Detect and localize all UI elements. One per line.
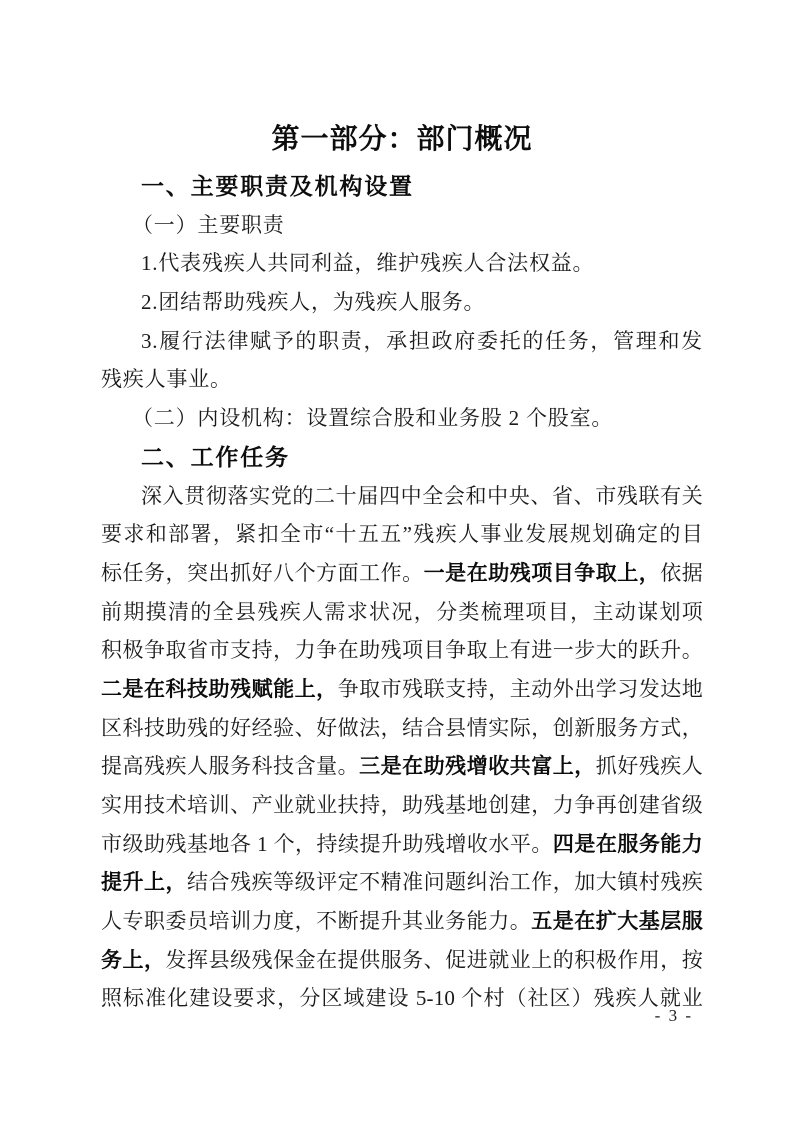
- text-segment: 标任务，突出抓好八个方面工作。: [101, 561, 424, 585]
- text-line: 前期摸清的全县残疾人需求状况，分类梳理项目，主动谋划项目，: [101, 593, 703, 632]
- bold-phrase: 二是在科技助残赋能上，: [101, 677, 338, 701]
- text-line: 要求和部署，紧扣全市“十五五”残疾人事业发展规划确定的目: [101, 515, 703, 554]
- text-line: 务上，发挥县级残保金在提供服务、促进就业上的积极作用，按: [101, 941, 703, 980]
- text-line: （一）主要职责: [101, 206, 703, 245]
- bold-phrase: 五是在扩大基层服: [531, 909, 703, 933]
- text-segment: 实用技术培训、产业就业扶持，助残基地创建，力争再创建省级: [101, 793, 703, 817]
- document-page: 第一部分：部门概况 一、主要职责及机构设置（一）主要职责1.代表残疾人共同利益，…: [0, 0, 793, 1122]
- text-segment: 2.团结帮助残疾人，为残疾人服务。: [141, 290, 485, 314]
- text-segment: 1.代表残疾人共同利益，维护残疾人合法权益。: [141, 251, 594, 275]
- text-line: 标任务，突出抓好八个方面工作。一是在助残项目争取上，依据: [101, 554, 703, 593]
- text-segment: 深入贯彻落实党的二十届四中全会和中央、省、市残联有关: [141, 484, 703, 508]
- text-line: 二、工作任务: [101, 438, 703, 477]
- text-segment: 依据: [660, 561, 703, 585]
- text-line: 提高残疾人服务科技含量。三是在助残增收共富上，抓好残疾人: [101, 747, 703, 786]
- text-line: 照标准化建设要求，分区域建设 5-10 个村（社区）残疾人就业: [101, 979, 703, 1018]
- text-line: 市级助残基地各 1 个，持续提升助残增收水平。四是在服务能力: [101, 825, 703, 864]
- text-line: 残疾人事业。: [101, 360, 703, 399]
- text-line: 二是在科技助残赋能上，争取市残联支持，主动外出学习发达地: [101, 670, 703, 709]
- text-line: 3.履行法律赋予的职责，承担政府委托的任务，管理和发展: [101, 322, 703, 361]
- page-title: 第一部分：部门概况: [101, 118, 703, 167]
- bold-phrase: 二、工作任务: [141, 444, 290, 470]
- text-segment: 区科技助残的好经验、好做法，结合县情实际，创新服务方式，: [101, 716, 703, 740]
- text-segment: 结合残疾等级评定不精准问题纠治工作，加大镇村残疾: [187, 870, 703, 894]
- text-segment: 积极争取省市支持，力争在助残项目争取上有进一步大的跃升。: [101, 638, 703, 662]
- text-segment: 要求和部署，紧扣全市“十五五”残疾人事业发展规划确定的目: [101, 522, 703, 546]
- text-segment: 3.履行法律赋予的职责，承担政府委托的任务，管理和发展: [141, 329, 703, 361]
- text-segment: 照标准化建设要求，分区域建设 5-10 个村（社区）残疾人就业: [101, 986, 703, 1010]
- document-lines: 一、主要职责及机构设置（一）主要职责1.代表残疾人共同利益，维护残疾人合法权益。…: [101, 167, 703, 1018]
- text-line: 深入贯彻落实党的二十届四中全会和中央、省、市残联有关: [101, 477, 703, 516]
- bold-phrase: 一、主要职责及机构设置: [141, 173, 414, 199]
- text-segment: （二）内设机构：设置综合股和业务股 2 个股室。: [132, 406, 613, 430]
- bold-phrase: 一是在助残项目争取上，: [424, 561, 661, 585]
- text-segment: 发挥县级残保金在提供服务、促进就业上的积极作用，按: [166, 948, 703, 972]
- text-segment: 残疾人事业。: [101, 367, 232, 391]
- text-line: 实用技术培训、产业就业扶持，助残基地创建，力争再创建省级: [101, 786, 703, 825]
- text-line: 区科技助残的好经验、好做法，结合县情实际，创新服务方式，: [101, 709, 703, 748]
- document-content: 第一部分：部门概况 一、主要职责及机构设置（一）主要职责1.代表残疾人共同利益，…: [101, 118, 703, 1018]
- bold-phrase: 三是在助残增收共富上，: [359, 754, 596, 778]
- text-line: 一、主要职责及机构设置: [101, 167, 703, 206]
- text-segment: （一）主要职责: [132, 213, 285, 237]
- text-segment: 人专职委员培训力度，不断提升其业务能力。: [101, 909, 531, 933]
- bold-phrase: 务上，: [101, 948, 166, 972]
- text-line: 1.代表残疾人共同利益，维护残疾人合法权益。: [101, 244, 703, 283]
- text-segment: 前期摸清的全县残疾人需求状况，分类梳理项目，主动谋划项目，: [101, 600, 703, 632]
- text-segment: 抓好残疾人: [596, 754, 703, 778]
- text-line: 人专职委员培训力度，不断提升其业务能力。五是在扩大基层服: [101, 902, 703, 941]
- page-number: - 3 -: [655, 1006, 693, 1026]
- bold-phrase: 四是在服务能力: [553, 832, 703, 856]
- text-line: 积极争取省市支持，力争在助残项目争取上有进一步大的跃升。: [101, 631, 703, 670]
- text-line: 2.团结帮助残疾人，为残疾人服务。: [101, 283, 703, 322]
- text-segment: 市级助残基地各 1 个，持续提升助残增收水平。: [101, 832, 553, 856]
- text-line: 提升上，结合残疾等级评定不精准问题纠治工作，加大镇村残疾: [101, 863, 703, 902]
- text-segment: 争取市残联支持，主动外出学习发达地: [338, 677, 703, 701]
- text-line: （二）内设机构：设置综合股和业务股 2 个股室。: [101, 399, 703, 438]
- bold-phrase: 提升上，: [101, 870, 187, 894]
- text-segment: 提高残疾人服务科技含量。: [101, 754, 359, 778]
